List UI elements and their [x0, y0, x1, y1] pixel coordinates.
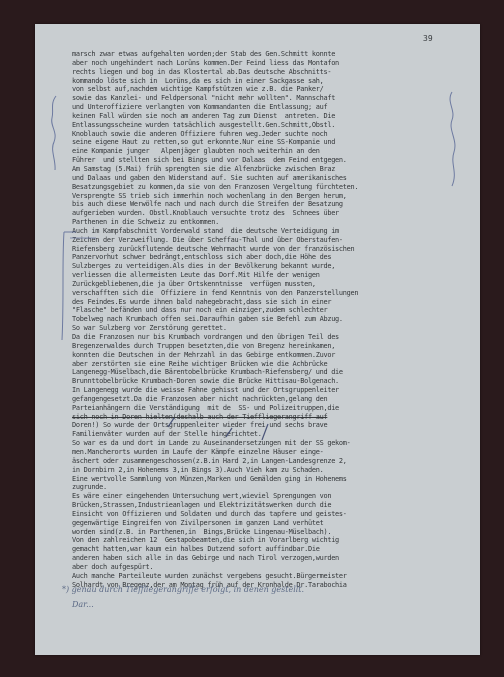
typed-line: Zurückgebliebenen,die ja über Ortskenntn… [72, 280, 472, 289]
typed-line: bis auch diese Werwölfe nach und nach du… [72, 200, 472, 209]
typed-line: Brücken,Strassen,Industrieanlagen und El… [72, 501, 472, 510]
typed-line: aber noch ungehindert nach Lorüns kommen… [72, 59, 472, 68]
typed-line: Bregenzerwaldes durch Truppen besetzten,… [72, 342, 472, 351]
typed-line: Entlassungsscheine wurden tatsächlich au… [72, 121, 472, 130]
typed-line: Sulzberges zu verteidigen.Als dies in de… [72, 262, 472, 271]
typed-line: sich noch in Doren hielten(deshalb auch … [72, 413, 472, 422]
typed-line: Da die Franzosen nur bis Krumbach vordra… [72, 333, 472, 342]
typed-line: gegenwärtige Eingreifen von Zivilpersone… [72, 519, 472, 528]
typed-line: Einsicht von Offizieren und Soldaten und… [72, 510, 472, 519]
typed-line: gefangengesetzt.Da die Franzosen aber ni… [72, 395, 472, 404]
typed-line: seine eigene Haut zu retten,so gut erkon… [72, 138, 472, 147]
typed-line: Am Samstag (5.Mai) früh sprengten sie di… [72, 165, 472, 174]
typed-line: Eine wertvolle Sammlung von Münzen,Marke… [72, 475, 472, 484]
typed-line: worden sind(z.B. in Parthenen,in Bings,B… [72, 528, 472, 537]
typed-line: So war Sulzberg vor Zerstörung gerettet. [72, 324, 472, 333]
typed-line: marsch zwar etwas aufgehalten worden;der… [72, 50, 472, 59]
typed-line: verliessen die allermeisten Leute das Do… [72, 271, 472, 280]
typed-line: in Dornbirn 2,in Hohenems 3,in Bings 3).… [72, 466, 472, 475]
typed-line: aber doch aufgespürt. [72, 563, 472, 572]
document-page: 39 marsch zwar etwas aufgehalten worden;… [35, 24, 480, 655]
typed-line: aufgerieben wurden. Obstl.Knoblauch vers… [72, 209, 472, 218]
typed-line: anderen haben sich alle in das Gebirge u… [72, 554, 472, 563]
typed-line: Auch manche Parteileute wurden zunächst … [72, 572, 472, 581]
typed-line: Besatzungsgebiet zu kommen,da sie von de… [72, 183, 472, 192]
typed-line: "Flasche" befänden und dass nur noch ein… [72, 306, 472, 315]
typed-line: Langenegg-Müselbach,die Bärentobelbrücke… [72, 368, 472, 377]
typed-line: So war es da und dort im Lande zu Ausein… [72, 439, 472, 448]
typed-line: Zeichen der Verzweiflung. Die über Schef… [72, 236, 472, 245]
typed-line: Brunnttobelbrücke Krumbach-Doren sowie d… [72, 377, 472, 386]
handwritten-footnote-line-1: *) genau durch Tieffliegerangriffe erfol… [62, 585, 304, 594]
typed-line: und Unteroffiziere verlangten vom Komman… [72, 103, 472, 112]
typed-line: äschert oder zusammengeschossen(z.B.in H… [72, 457, 472, 466]
typed-line: und Dalaas und gaben den Widerstand auf.… [72, 174, 472, 183]
page-number: 39 [423, 34, 433, 43]
typed-line: gemacht hatten,war kaum ein halbes Dutze… [72, 545, 472, 554]
typed-line: men.Mancherorts wurden im Laufe der Kämp… [72, 448, 472, 457]
typed-line: Parteianhängern die Verständigung mit de… [72, 404, 472, 413]
typed-line: Knoblauch sowie die anderen Offiziere fu… [72, 130, 472, 139]
typed-line: zugrunde. [72, 483, 472, 492]
typed-line: Riefensberg zurückflutende deutsche Wehr… [72, 245, 472, 254]
typed-line: des Feindes.Es wurde ihnen bald nahegebr… [72, 298, 472, 307]
typed-line: Familienväter wurden auf der Stelle hing… [72, 430, 472, 439]
typed-line: sowie das Kanzlei- und Feldpersonal "nic… [72, 94, 472, 103]
typed-line: von selbst auf,nachdem wichtige Kampfstü… [72, 85, 472, 94]
typed-line: Tobelweg nach Krumbach offen sei.Daraufh… [72, 315, 472, 324]
typed-line: Parthenen in die Schweiz zu entkommen. [72, 218, 472, 227]
typed-line: Es wäre einer eingehenden Untersuchung w… [72, 492, 472, 501]
typed-line: rechts liegen und bog in das Klostertal … [72, 68, 472, 77]
typed-line: verschafften sich die Offiziere in fend … [72, 289, 472, 298]
typed-line: Von den zahlreichen 12 Gestapobeamten,di… [72, 536, 472, 545]
typed-line: Führer und stellten sich bei Bings und v… [72, 156, 472, 165]
typed-line: kommando löste sich in Lorüns,da es sich… [72, 77, 472, 86]
typed-line: Auch im Kampfabschnitt Vorderwald stand … [72, 227, 472, 236]
typed-line: Doren!) So wurde der Ortsgruppenleiter w… [72, 421, 472, 430]
handwritten-footnote-line-2: Dar... [72, 600, 94, 609]
typed-line: aber zerstörten sie eine Reihe wichtiger… [72, 360, 472, 369]
typed-line: keinen Fall würden sie noch am anderen T… [72, 112, 472, 121]
typed-line: In Langenegg wurde die weisse Fahne gehi… [72, 386, 472, 395]
typed-line: Panzervorhut schwer bedrängt,entschloss … [72, 253, 472, 262]
typed-line: eine Kompanie junger Alpenjäger glaubten… [72, 147, 472, 156]
typed-line: konnten die Deutschen in der Mehrzahl in… [72, 351, 472, 360]
typed-line: Versprengte SS trieb sich immerhin noch … [72, 192, 472, 201]
typed-text-body: marsch zwar etwas aufgehalten worden;der… [72, 50, 472, 589]
